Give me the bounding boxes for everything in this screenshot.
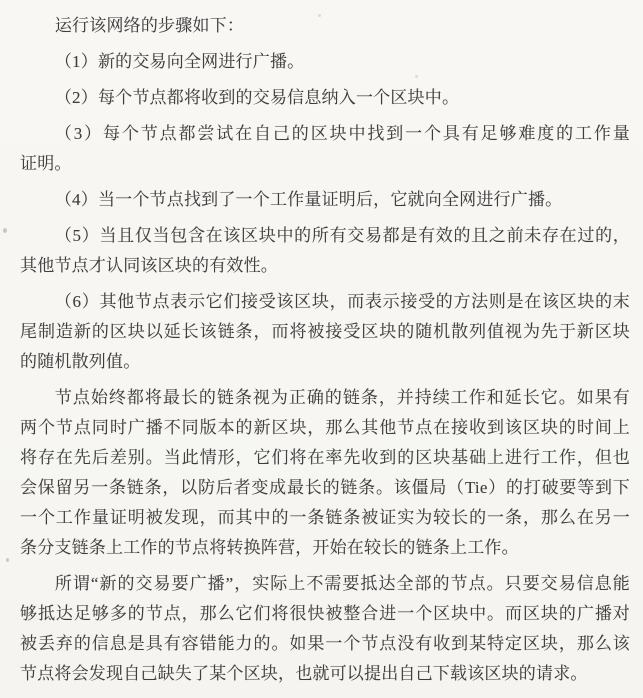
text-line-step-5: （5）当且仅当包含在该区块中的所有交易都是有效的且之前未存在过的， <box>20 221 630 251</box>
text-line-para-chain-4: 会保留另一条链条，以防后者变成最长的链条。该僵局（Tie）的打破要等到下 <box>20 473 630 503</box>
text-line-para-chain-5: 一个工作量证明被发现，而其中的一条链条被证实为较长的一条，那么在另一 <box>20 503 630 533</box>
scan-speck <box>6 558 9 562</box>
text-line-step-3: （3）每个节点都尝试在自己的区块中找到一个具有足够难度的工作量 <box>20 119 630 149</box>
text-line-para-chain-6: 条分支链条上工作的节点将转换阵营，开始在较长的链条上工作。 <box>20 533 630 563</box>
scan-speck <box>415 75 418 78</box>
text-line-para-chain-2: 两个节点同时广播不同版本的新区块，那么其他节点在接收到该区块的时间上 <box>20 413 630 443</box>
text-line-step-5-cont: 其他节点才认同该区块的有效性。 <box>20 251 630 281</box>
text-line-step-3-cont: 证明。 <box>20 149 630 179</box>
document-page: 运行该网络的步骤如下： （1）新的交易向全网进行广播。 （2）每个节点都将收到的… <box>0 0 643 698</box>
text-line-step-4: （4）当一个节点找到了一个工作量证明后，它就向全网进行广播。 <box>20 185 630 215</box>
text-line-step-6-cont: 尾制造新的区块以延长该链条，而将被接受区块的随机散列值视为先于新区块 <box>20 317 630 347</box>
scan-speck <box>3 228 7 233</box>
text-line-step-1: （1）新的交易向全网进行广播。 <box>20 47 630 77</box>
scan-speck <box>318 14 321 17</box>
text-line-para-bcast-2: 够抵达足够多的节点，那么它们将很快被整合进一个区块中。而区块的广播对 <box>20 599 630 629</box>
text-line-para-bcast-3: 被丢弃的信息是具有容错能力的。如果一个节点没有收到某特定区块，那么该 <box>20 629 630 659</box>
text-line-para-chain-3: 将存在先后差别。当此情形，它们将在率先收到的区块基础上进行工作，但也 <box>20 443 630 473</box>
text-line-para-bcast-1: 所谓“新的交易要广播”，实际上不需要抵达全部的节点。只要交易信息能 <box>20 569 630 599</box>
text-line-intro: 运行该网络的步骤如下： <box>20 11 630 41</box>
text-line-para-chain-1: 节点始终都将最长的链条视为正确的链条，并持续工作和延长它。如果有 <box>20 383 630 413</box>
text-line-step-6-end: 的随机散列值。 <box>20 347 630 377</box>
text-line-step-6: （6）其他节点表示它们接受该区块，而表示接受的方法则是在该区块的末 <box>20 287 630 317</box>
text-line-step-2: （2）每个节点都将收到的交易信息纳入一个区块中。 <box>20 83 630 113</box>
text-line-para-bcast-4: 节点将会发现自己缺失了某个区块，也就可以提出自己下载该区块的请求。 <box>20 659 630 689</box>
